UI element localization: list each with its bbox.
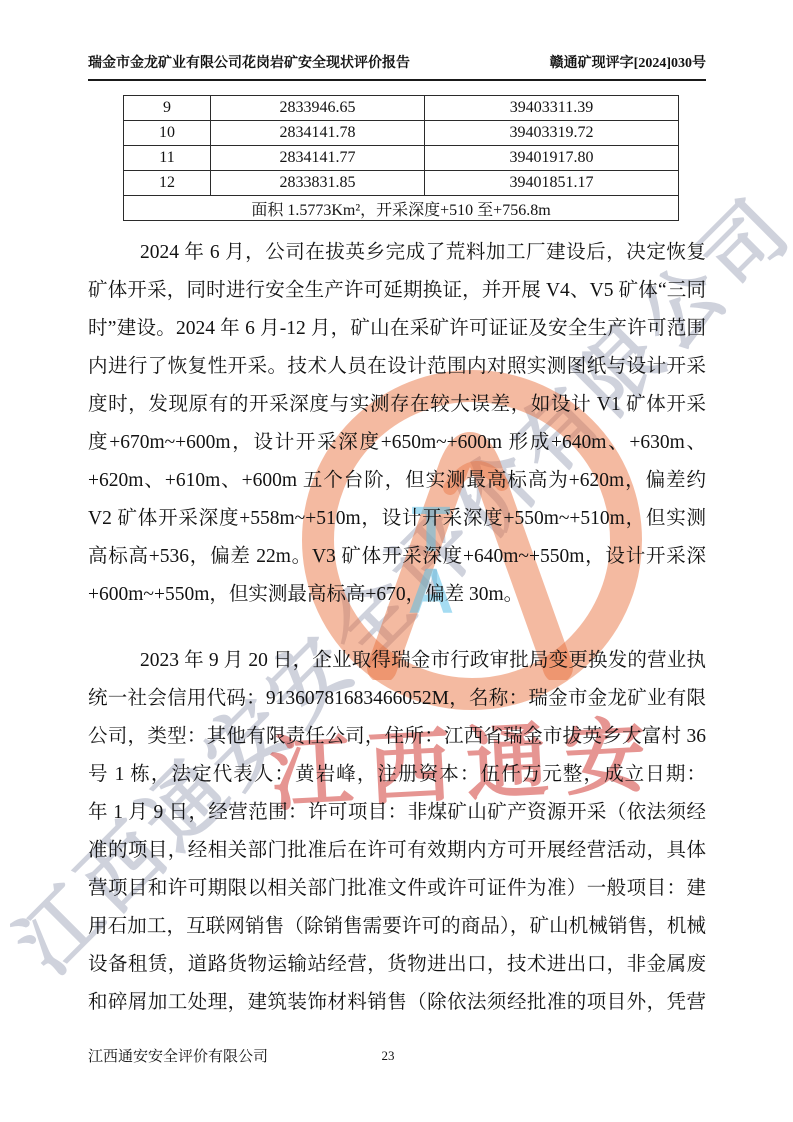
paragraph: 2023 年 9 月 20 日，企业取得瑞金市行政审批局变更换发的营业执照，统一… xyxy=(88,642,706,1022)
paragraph-line: +620m、+610m、+600m 五个台阶，但实测最高标高为+620m，偏差约… xyxy=(88,462,706,500)
paragraph-line: 度时，发现原有的开采深度与实测存在较大误差，如设计 V1 矿体开采深 xyxy=(88,386,706,424)
paragraph-line: 时”建设。2024 年 6 月-12 月，矿山在采矿许可证证及安全生产许可范围 xyxy=(88,310,706,348)
table-cell: 2834141.77 xyxy=(211,146,425,171)
paragraph-line: 用石加工，互联网销售（除销售需要许可的商品），矿山机械销售，机械 xyxy=(88,908,706,946)
report-title: 瑞金市金龙矿业有限公司花岗岩矿安全现状评价报告 xyxy=(88,52,410,72)
paragraph-line: 度+670m~+600m，设计开采深度+650m~+600m 形成+640m、+… xyxy=(88,424,706,462)
paragraph: 2024 年 6 月，公司在拔英乡完成了荒料加工厂建设后，决定恢复 V3矿体开采… xyxy=(88,234,706,614)
paragraph-line: 年 1 月 9 日，经营范围：许可项目：非煤矿山矿产资源开采（依法须经批 xyxy=(88,794,706,832)
table-row: 92833946.6539403311.39 xyxy=(124,96,679,121)
document-page: 江西通安安全评价有限公司 T A 江西通安 瑞金市金龙矿业有限公司花岗岩矿安全现… xyxy=(0,0,793,1122)
table-cell: 11 xyxy=(124,146,211,171)
table-cell: 2833831.85 xyxy=(211,171,425,196)
table-row: 112834141.7739401917.80 xyxy=(124,146,679,171)
paragraph-line: 矿体开采，同时进行安全生产许可延期换证，并开展 V4、V5 矿体“三同 xyxy=(88,272,706,310)
document-number: 赣通矿现评字[2024]030号 xyxy=(550,52,706,72)
paragraph-line: 号 1 栋，法定代表人：黄岩峰，注册资本：伍仟万元整，成立日期：2009 xyxy=(88,756,706,794)
table-cell: 2834141.78 xyxy=(211,121,425,146)
table-cell: 39401917.80 xyxy=(425,146,679,171)
paragraph-line: 统一社会信用代码：91360781683466052M，名称：瑞金市金龙矿业有限 xyxy=(88,680,706,718)
table-row: 122833831.8539401851.17 xyxy=(124,171,679,196)
table-cell: 39401851.17 xyxy=(425,171,679,196)
paragraph-line: 营项目和许可期限以相关部门批准文件或许可证件为准）一般项目：建筑 xyxy=(88,870,706,908)
table-merged-cell: 面积 1.5773Km²，开采深度+510 至+756.8m xyxy=(124,196,679,221)
paragraph-line: 准的项目，经相关部门批准后在许可有效期内方可开展经营活动，具体经 xyxy=(88,832,706,870)
paragraph-line: 2024 年 6 月，公司在拔英乡完成了荒料加工厂建设后，决定恢复 V3 xyxy=(88,234,706,272)
paragraph-line: 设备租赁，道路货物运输站经营，货物进出口，技术进出口，非金属废料 xyxy=(88,946,706,984)
table-cell: 39403319.72 xyxy=(425,121,679,146)
paragraph-line: V2 矿体开采深度+558m~+510m，设计开采深度+550m~+510m，但… xyxy=(88,500,706,538)
page-header: 瑞金市金龙矿业有限公司花岗岩矿安全现状评价报告 赣通矿现评字[2024]030号 xyxy=(88,52,706,81)
table-merged-row: 面积 1.5773Km²，开采深度+510 至+756.8m xyxy=(124,196,679,221)
paragraph-line: +600m~+550m，但实测最高标高+670，偏差 30m。 xyxy=(88,576,706,614)
table-row: 102834141.7839403319.72 xyxy=(124,121,679,146)
coordinates-table: 92833946.6539403311.39102834141.78394033… xyxy=(123,95,679,221)
table-cell: 39403311.39 xyxy=(425,96,679,121)
table-cell: 9 xyxy=(124,96,211,121)
page-number: 23 xyxy=(88,1048,688,1064)
paragraph-line: 公司，类型：其他有限责任公司，住所：江西省瑞金市拔英乡大富村 36 xyxy=(88,718,706,756)
paragraph-line: 和碎屑加工处理，建筑装饰材料销售（除依法须经批准的项目外，凭营业 xyxy=(88,984,706,1022)
paragraph-line: 2023 年 9 月 20 日，企业取得瑞金市行政审批局变更换发的营业执照， xyxy=(88,642,706,680)
paragraph-line: 高标高+536，偏差 22m。V3 矿体开采深度+640m~+550m，设计开采… xyxy=(88,538,706,576)
paragraph-line: 内进行了恢复性开采。技术人员在设计范围内对照实测图纸与设计开采深 xyxy=(88,348,706,386)
table-cell: 10 xyxy=(124,121,211,146)
table-cell: 2833946.65 xyxy=(211,96,425,121)
page-content: 瑞金市金龙矿业有限公司花岗岩矿安全现状评价报告 赣通矿现评字[2024]030号… xyxy=(0,0,793,1122)
body-text: 2024 年 6 月，公司在拔英乡完成了荒料加工厂建设后，决定恢复 V3矿体开采… xyxy=(88,234,706,1022)
table-cell: 12 xyxy=(124,171,211,196)
